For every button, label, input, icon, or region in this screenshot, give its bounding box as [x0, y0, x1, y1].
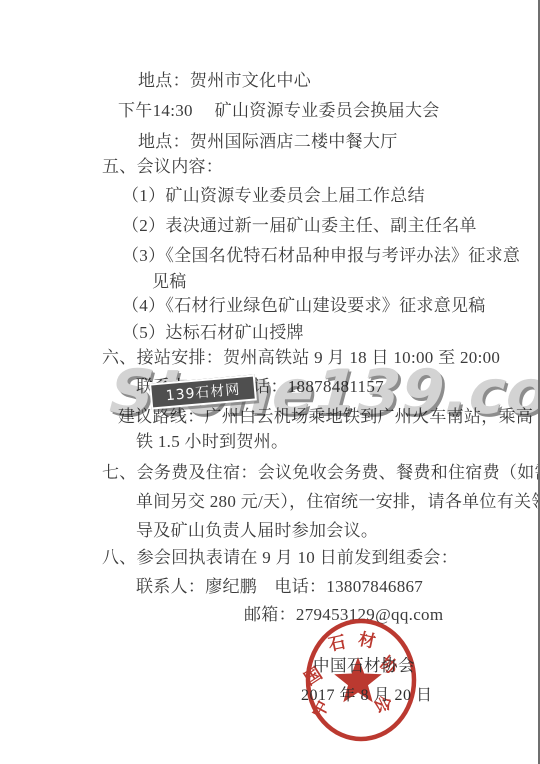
seal-char: 材 [357, 628, 378, 651]
doc-line: 单间另交 280 元/天），住宿统一安排，请各单位有关领 [136, 491, 540, 513]
doc-line: 地点：贺州国际酒店二楼中餐大厅 [138, 131, 398, 153]
doc-line: 八、参会回执表请在 9 月 10 日前发到组委会： [102, 547, 458, 569]
doc-line: （3）《全国名优特石材品种申报与考评办法》征求意 [122, 245, 520, 267]
doc-line: （4）《石材行业绿色矿山建设要求》征求意见稿 [122, 295, 486, 317]
doc-line: 下午14:30 矿山资源专业委员会换届大会 [118, 100, 440, 122]
doc-line: 七、会务费及住宿：会议免收会务费、餐费和住宿费（如需 [102, 462, 540, 484]
signature-organization: 中国石材协会 [313, 652, 415, 676]
doc-line: （5）达标石材矿山授牌 [122, 322, 304, 344]
document-page: 地点：贺州市文化中心下午14:30 矿山资源专业委员会换届大会地点：贺州国际酒店… [0, 0, 540, 764]
doc-line: （2）表决通过新一届矿山委主任、副主任名单 [122, 215, 477, 237]
doc-line: 地点：贺州市文化中心 [138, 70, 311, 92]
doc-line: 联系人：廖纪鹏 电话：13807846867 [136, 576, 423, 598]
doc-line: 铁 1.5 小时到贺州。 [136, 431, 288, 453]
signature-date: 2017 年 8 月 20 日 [301, 682, 433, 705]
doc-line: （1）矿山资源专业委员会上届工作总结 [122, 185, 425, 207]
doc-line: 见稿 [152, 271, 187, 293]
doc-line: 导及矿山负责人届时参加会议。 [136, 520, 378, 542]
doc-line: 五、会议内容： [102, 156, 223, 178]
